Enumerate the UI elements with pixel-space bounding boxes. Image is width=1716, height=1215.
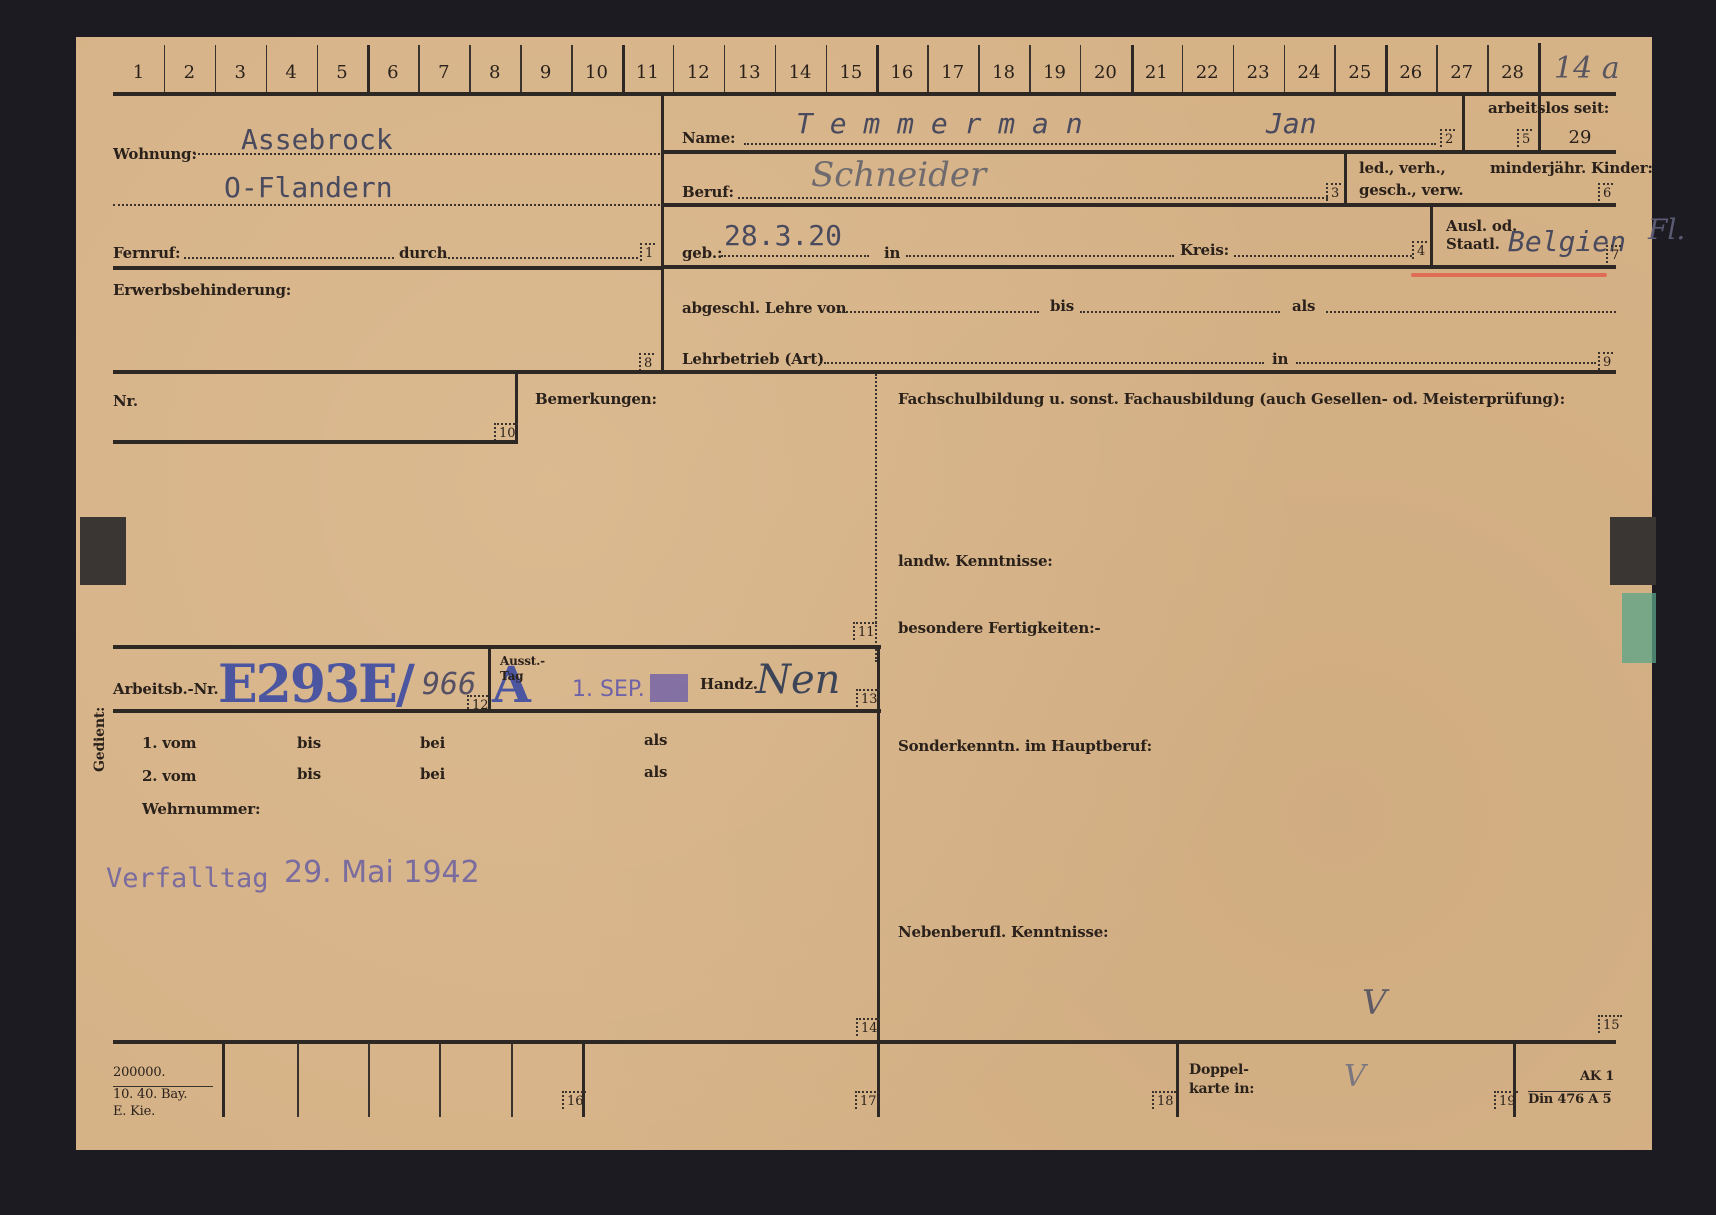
born-label: geb.: bbox=[682, 244, 722, 262]
column-number: 25 bbox=[1340, 62, 1380, 83]
footer-cell-divider bbox=[297, 1043, 299, 1117]
column-tick bbox=[1385, 45, 1388, 93]
apprenticeship-label: abgeschl. Lehre von bbox=[682, 299, 846, 317]
birthplace-dots bbox=[906, 255, 1174, 257]
column-tick bbox=[520, 45, 522, 93]
column-number: 16 bbox=[882, 62, 922, 83]
column-number: 13 bbox=[729, 62, 769, 83]
born-in-label: in bbox=[884, 244, 900, 262]
column-tick bbox=[317, 45, 319, 93]
punch-mark-right bbox=[1610, 517, 1656, 585]
column-tick bbox=[1029, 45, 1031, 93]
column-tick bbox=[367, 45, 370, 93]
occupation-value: Schneider bbox=[811, 155, 986, 195]
nationality-label-1: Ausl. od. bbox=[1446, 217, 1517, 235]
dotted-divider bbox=[875, 374, 877, 662]
special-skills-label: besondere Fertigkeiten:- bbox=[898, 619, 1100, 637]
footer-rule bbox=[113, 1040, 1616, 1044]
company-in-label: in bbox=[1272, 350, 1288, 368]
column-number: 8 bbox=[475, 62, 515, 83]
address-line1: Assebrock bbox=[241, 123, 393, 156]
field-number-5: 5 bbox=[1517, 129, 1532, 147]
column-tick bbox=[1131, 45, 1134, 93]
address-line1-dots bbox=[194, 153, 660, 155]
footer-cell-divider bbox=[222, 1043, 225, 1117]
service1-as-label: als bbox=[644, 731, 667, 749]
corner-number: 29 bbox=[1560, 127, 1600, 148]
field-number-3: 3 bbox=[1326, 183, 1341, 201]
column-tick bbox=[826, 45, 828, 93]
service1-from-label: 1. vom bbox=[142, 734, 196, 752]
field-number-9: 9 bbox=[1598, 352, 1613, 370]
checkmark-top: V bbox=[1362, 983, 1387, 1023]
green-tab bbox=[1622, 593, 1656, 663]
field-number-16: 16 bbox=[562, 1091, 586, 1109]
divider bbox=[1430, 205, 1433, 267]
rule bbox=[663, 265, 1616, 269]
main-job-knowledge-label: Sonderkenntn. im Hauptberuf: bbox=[898, 737, 1152, 755]
rule bbox=[113, 266, 663, 270]
corner-divider bbox=[1538, 43, 1541, 153]
column-number: 27 bbox=[1442, 62, 1482, 83]
column-number: 24 bbox=[1289, 62, 1329, 83]
service2-until-label: bis bbox=[297, 765, 321, 783]
column-number: 7 bbox=[424, 62, 464, 83]
field-number-1: 1 bbox=[640, 243, 655, 261]
name-dots bbox=[744, 143, 1436, 145]
district-dots bbox=[1234, 255, 1412, 257]
column-number: 3 bbox=[220, 62, 260, 83]
column-number: 14 bbox=[780, 62, 820, 83]
name-label: Name: bbox=[682, 129, 735, 147]
column-number: 1 bbox=[118, 62, 158, 83]
training-label: Fachschulbildung u. sonst. Fachausbildun… bbox=[898, 390, 1565, 408]
handsign-signature: Nen bbox=[756, 657, 840, 703]
rule bbox=[113, 440, 518, 444]
company-dots bbox=[824, 362, 1264, 364]
column-number: 9 bbox=[526, 62, 566, 83]
column-tick bbox=[622, 45, 625, 93]
column-tick bbox=[418, 45, 420, 93]
issue-label-1: Ausst.- bbox=[500, 654, 545, 668]
field-number-8: 8 bbox=[639, 353, 654, 371]
footer-cell-divider bbox=[439, 1043, 441, 1117]
corner-handwriting: 14 a bbox=[1554, 51, 1620, 86]
issue-date-stamp: 1. SEP. bbox=[572, 677, 645, 702]
born-dots bbox=[721, 255, 869, 257]
military-number-label: Wehrnummer: bbox=[142, 800, 260, 818]
agri-knowledge-label: landw. Kenntnisse: bbox=[898, 552, 1053, 570]
form-code: AK 1 bbox=[1580, 1069, 1614, 1084]
divider bbox=[488, 645, 491, 711]
field-number-7: 7 bbox=[1606, 245, 1621, 263]
column-tick bbox=[1436, 45, 1438, 93]
column-tick bbox=[164, 45, 166, 93]
field-number-10: 10 bbox=[494, 423, 518, 441]
column-tick bbox=[571, 45, 573, 93]
unemployed-label: arbeitslos seit: bbox=[1488, 99, 1609, 117]
duplicate-label-1: Doppel- bbox=[1189, 1062, 1249, 1078]
column-tick bbox=[775, 45, 777, 93]
divider bbox=[1344, 153, 1347, 205]
left-column-divider bbox=[661, 95, 664, 373]
checkmark-bottom: V bbox=[1344, 1059, 1366, 1094]
apprentice-from-dots bbox=[839, 311, 1039, 313]
column-tick bbox=[673, 45, 675, 93]
din-code: Din 476 A 5 bbox=[1528, 1091, 1611, 1107]
divider bbox=[1462, 95, 1465, 153]
column-number: 17 bbox=[933, 62, 973, 83]
field-number-19: 19 bbox=[1494, 1091, 1518, 1109]
field-number-17: 17 bbox=[855, 1091, 879, 1109]
service1-at-label: bei bbox=[420, 734, 445, 752]
expiry-stamp-label: Verfalltag bbox=[106, 863, 269, 894]
field-number-13: 13 bbox=[856, 689, 880, 707]
service2-as-label: als bbox=[644, 763, 667, 781]
occupation-dots bbox=[738, 197, 1328, 199]
occupation-label: Beruf: bbox=[682, 183, 734, 201]
phone-label: Fernruf: bbox=[113, 244, 180, 262]
phone-dots bbox=[184, 257, 394, 259]
issue-year-smudge bbox=[650, 674, 688, 702]
field-number-6: 6 bbox=[1598, 183, 1613, 201]
column-tick bbox=[1284, 45, 1286, 93]
side-job-knowledge-label: Nebenberufl. Kenntnisse: bbox=[898, 923, 1108, 941]
field-number-11: 11 bbox=[853, 622, 877, 640]
firstname-value: Jan bbox=[1266, 107, 1317, 140]
rule bbox=[113, 709, 881, 713]
field-number-14: 14 bbox=[856, 1018, 880, 1036]
address-line2: O-Flandern bbox=[224, 171, 393, 204]
column-tick bbox=[266, 45, 268, 93]
number-label: Nr. bbox=[113, 392, 138, 410]
red-underline bbox=[1411, 273, 1607, 277]
workbook-stamp: E293E/ bbox=[218, 654, 413, 715]
column-number: 19 bbox=[1035, 62, 1075, 83]
column-tick bbox=[1334, 45, 1336, 93]
workbook-label: Arbeitsb.-Nr. bbox=[113, 680, 218, 698]
field-number-18: 18 bbox=[1152, 1091, 1176, 1109]
handsign-label: Handz. bbox=[700, 675, 758, 693]
expiry-stamp-date: 29. Mai 1942 bbox=[284, 855, 480, 890]
rule bbox=[663, 150, 1616, 154]
rule bbox=[663, 203, 1616, 207]
column-tick bbox=[1487, 45, 1489, 93]
company-in-dots bbox=[1296, 362, 1596, 364]
column-tick bbox=[215, 45, 217, 93]
column-number: 11 bbox=[627, 62, 667, 83]
served-side-label: Gedient: bbox=[92, 707, 108, 772]
children-label: minderjähr. Kinder: bbox=[1490, 159, 1653, 177]
born-value: 28.3.20 bbox=[724, 219, 842, 252]
marital-label-1: led., verh., bbox=[1359, 159, 1446, 177]
registration-card: 1234567891011121314151617181920212223242… bbox=[76, 37, 1652, 1150]
column-number: 20 bbox=[1085, 62, 1125, 83]
duplicate-label-2: karte in: bbox=[1189, 1081, 1254, 1097]
column-tick bbox=[1080, 45, 1082, 93]
print-run: 200000. bbox=[113, 1065, 165, 1080]
column-tick bbox=[978, 45, 980, 93]
apprentice-until-dots bbox=[1080, 311, 1280, 313]
rule bbox=[113, 645, 881, 649]
via-label: durch bbox=[399, 244, 447, 262]
column-number: 23 bbox=[1238, 62, 1278, 83]
column-tick bbox=[876, 45, 879, 93]
column-tick bbox=[1233, 45, 1235, 93]
service2-at-label: bei bbox=[420, 765, 445, 783]
footer-cell-divider bbox=[511, 1043, 513, 1117]
service1-until-label: bis bbox=[297, 734, 321, 752]
via-dots bbox=[448, 257, 638, 259]
column-number: 15 bbox=[831, 62, 871, 83]
disability-label: Erwerbsbehinderung: bbox=[113, 281, 291, 299]
apprentice-until-label: bis bbox=[1050, 297, 1074, 315]
column-tick bbox=[469, 45, 471, 93]
nationality-annotation: Fl. bbox=[1648, 213, 1685, 246]
column-number: 12 bbox=[678, 62, 718, 83]
column-number: 10 bbox=[576, 62, 616, 83]
company-label: Lehrbetrieb (Art) bbox=[682, 350, 824, 368]
column-tick bbox=[1182, 45, 1184, 93]
print-info-1: 10. 40. Bay. bbox=[113, 1086, 213, 1102]
column-number: 5 bbox=[322, 62, 362, 83]
column-number: 21 bbox=[1136, 62, 1176, 83]
column-number: 26 bbox=[1391, 62, 1431, 83]
column-tick bbox=[927, 45, 929, 93]
field-number-4: 4 bbox=[1412, 241, 1427, 259]
apprentice-as-dots bbox=[1326, 311, 1616, 313]
marital-label-2: gesch., verw. bbox=[1359, 181, 1463, 199]
top-rule bbox=[113, 92, 1616, 96]
column-number: 18 bbox=[984, 62, 1024, 83]
print-info-2: E. Kie. bbox=[113, 1104, 155, 1119]
column-number: 28 bbox=[1493, 62, 1533, 83]
footer-cell-divider bbox=[1176, 1043, 1179, 1117]
nationality-label-2: Staatl. bbox=[1446, 235, 1500, 253]
surname-value: T e m m e r m a n bbox=[796, 107, 1083, 140]
column-number: 22 bbox=[1187, 62, 1227, 83]
field-number-15: 15 bbox=[1598, 1015, 1622, 1033]
remarks-label: Bemerkungen: bbox=[535, 390, 657, 408]
field-number-2: 2 bbox=[1440, 129, 1455, 147]
rule bbox=[113, 370, 1616, 374]
apprentice-as-label: als bbox=[1292, 297, 1315, 315]
footer-cell-divider bbox=[368, 1043, 370, 1117]
issue-label-2: Tag bbox=[500, 669, 523, 683]
district-label: Kreis: bbox=[1180, 241, 1229, 259]
punch-mark-left bbox=[80, 517, 126, 585]
column-tick bbox=[724, 45, 726, 93]
column-number: 2 bbox=[169, 62, 209, 83]
column-number: 4 bbox=[271, 62, 311, 83]
address-line2-dots bbox=[113, 204, 660, 206]
column-number: 6 bbox=[373, 62, 413, 83]
service2-from-label: 2. vom bbox=[142, 767, 196, 785]
address-label: Wohnung: bbox=[113, 145, 197, 163]
